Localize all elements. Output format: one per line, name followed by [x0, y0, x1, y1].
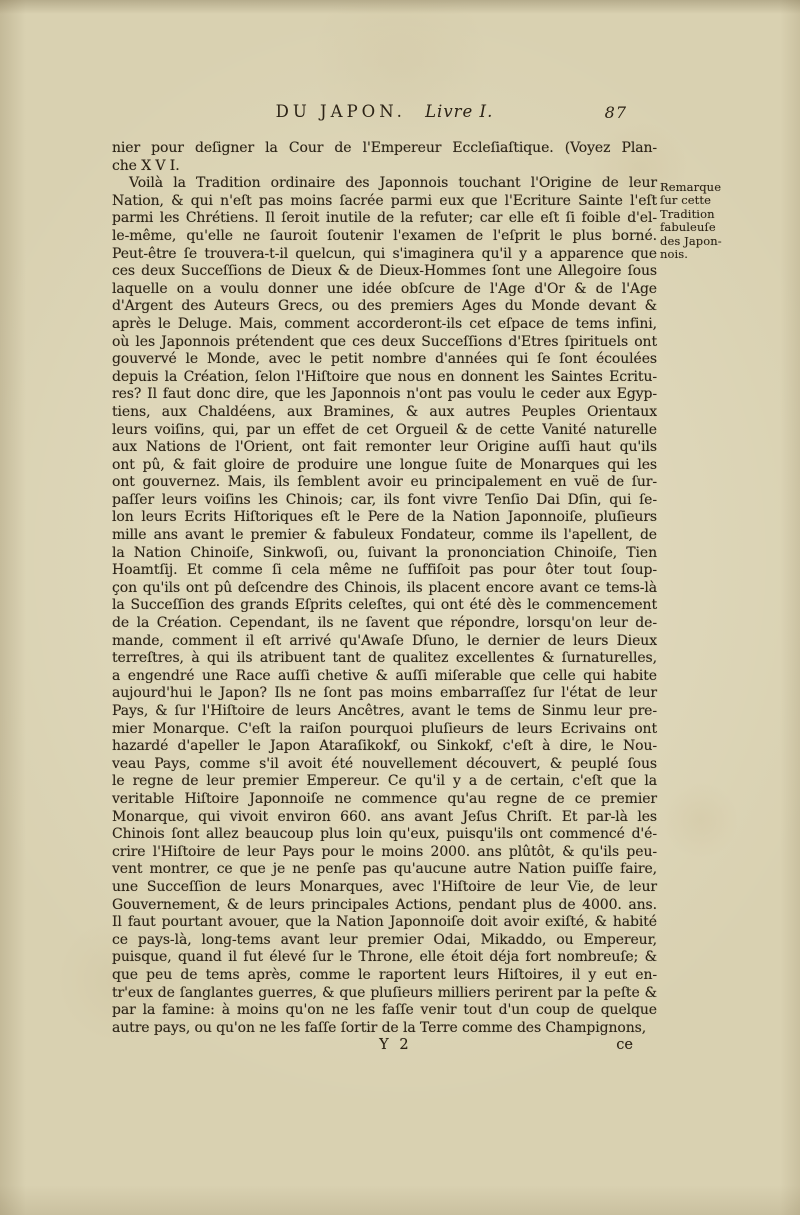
text-line: ont pû, & fait gloire de produire une lo…	[112, 457, 657, 475]
text-line: depuis la Création, ſelon l'Hiſtoire que…	[112, 369, 657, 387]
text-line: de la Création. Cependant, ils ne ſavent…	[112, 615, 657, 633]
text-line: tr'eux de ſanglantes guerres, & que pluſ…	[112, 985, 657, 1003]
text-line: nier pour deſigner la Cour de l'Empereur…	[112, 140, 657, 158]
text-line: Nation, & qui n'eſt pas moins ſacrée par…	[112, 193, 657, 211]
text-line: che X V I.	[112, 158, 657, 176]
text-line: veau Pays, comme s'il avoit été nouvelle…	[112, 756, 657, 774]
text-line: aux Nations de l'Orient, ont fait remont…	[112, 439, 657, 457]
text-line: une Succeſſion de leurs Monarques, avec …	[112, 879, 657, 897]
book-page-scan: DU JAPON. Livre I. 87 nier pour deſigner…	[0, 0, 800, 1215]
margin-note-line: Remarque	[660, 181, 755, 194]
header-center: DU JAPON. Livre I.	[112, 102, 657, 121]
text-line: mande, comment il eſt arrivé qu'Awaſe Dſ…	[112, 633, 657, 651]
footer-line: Y 2 ce	[112, 1037, 657, 1055]
signature-mark: Y 2	[379, 1037, 411, 1053]
text-line: autre pays, ou qu'on ne les faſſe ſortir…	[112, 1020, 657, 1038]
margin-note: Remarqueſur cetteTraditionfabuleuſedes J…	[660, 181, 755, 261]
text-line: laquelle on a voulu donner une idée obſc…	[112, 281, 657, 299]
margin-note-line: nois.	[660, 248, 755, 261]
page-number: 87	[605, 103, 627, 122]
text-line: terreſtres, à qui ils atribuent tant de …	[112, 650, 657, 668]
text-line: a engendré une Race auſſi chetive & auſſ…	[112, 668, 657, 686]
text-line: que peu de tems après, comme le raporten…	[112, 967, 657, 985]
text-line: Voilà la Tradition ordinaire des Japonno…	[112, 175, 657, 193]
text-line: où les Japonnois prétendent que ces deux…	[112, 334, 657, 352]
text-line: parmi les Chrétiens. Il ſeroit inutile d…	[112, 210, 657, 228]
text-line: çon qu'ils ont pû deſcendre des Chinois,…	[112, 580, 657, 598]
header-book-label: Livre I.	[425, 102, 493, 121]
text-line: d'Argent des Auteurs Grecs, ou des premi…	[112, 298, 657, 316]
text-line: aujourd'hui le Japon? Ils ne ſont pas mo…	[112, 685, 657, 703]
text-line: la Nation Chinoiſe, Sinkwoſi, ou, ſuivan…	[112, 545, 657, 563]
text-line: ce pays-là, long-tems avant leur premier…	[112, 932, 657, 950]
header-title: DU JAPON.	[276, 102, 406, 121]
text-line: Gouvernement, & de leurs principales Act…	[112, 897, 657, 915]
text-line: res? Il faut donc dire, que les Japonnoi…	[112, 386, 657, 404]
text-line: Hoamtſij. Et comme ſi cela même ne ſuffi…	[112, 562, 657, 580]
text-line: ces deux Succeſſions de Dieux & de Dieux…	[112, 263, 657, 281]
text-line: après le Deluge. Mais, comment accordero…	[112, 316, 657, 334]
text-block: DU JAPON. Livre I. 87 nier pour deſigner…	[112, 102, 657, 1055]
text-line: tiens, aux Chaldéens, aux Bramines, & au…	[112, 404, 657, 422]
text-line: paſſer leurs voiſins les Chinois; car, i…	[112, 492, 657, 510]
text-line: Il faut pourtant avouer, que la Nation J…	[112, 914, 657, 932]
body-text: nier pour deſigner la Cour de l'Empereur…	[112, 140, 657, 1037]
text-line: Pays, & ſur l'Hiſtoire de leurs Ancêtres…	[112, 703, 657, 721]
catchword: ce	[616, 1037, 633, 1053]
text-line: hazardé d'apeller le Japon Ataraſikokf, …	[112, 738, 657, 756]
text-line: Chinois ſont allez beaucoup plus loin qu…	[112, 826, 657, 844]
text-line: Monarque, qui vivoit environ 660. ans av…	[112, 809, 657, 827]
text-line: veritable Hiſtoire Japonnoiſe ne commenc…	[112, 791, 657, 809]
text-line: la Succeſſion des grands Eſprits celeſte…	[112, 597, 657, 615]
text-line: lon leurs Ecrits Hiſtoriques eſt le Pere…	[112, 509, 657, 527]
margin-note-line: ſur cette	[660, 194, 755, 207]
margin-note-line: fabuleuſe	[660, 221, 755, 234]
margin-note-line: Tradition	[660, 208, 755, 221]
text-line: ont gouvernez. Mais, ils ſemblent avoir …	[112, 474, 657, 492]
text-line: crire l'Hiſtoire de leur Pays pour le mo…	[112, 844, 657, 862]
text-line: le regne de leur premier Empereur. Ce qu…	[112, 773, 657, 791]
text-line: gouvervé le Monde, avec le petit nombre …	[112, 351, 657, 369]
text-line: puisque, quand il fut élevé ſur le Thron…	[112, 949, 657, 967]
text-line: leurs voiſins, qui, par un effet de cet …	[112, 422, 657, 440]
text-line: vent montrer, ce que je ne penſe pas qu'…	[112, 861, 657, 879]
text-line: le-même, qu'elle ne ſauroit ſoutenir l'e…	[112, 228, 657, 246]
text-line: mier Monarque. C'eſt la raiſon pourquoi …	[112, 721, 657, 739]
text-line: Peut-être ſe trouvera-t-il quelcun, qui …	[112, 246, 657, 264]
text-line: par la famine: à moins qu'on ne les faſſ…	[112, 1002, 657, 1020]
text-line: mille ans avant le premier & fabuleux Fo…	[112, 527, 657, 545]
margin-note-line: des Japon-	[660, 235, 755, 248]
running-header: DU JAPON. Livre I. 87	[112, 102, 657, 126]
